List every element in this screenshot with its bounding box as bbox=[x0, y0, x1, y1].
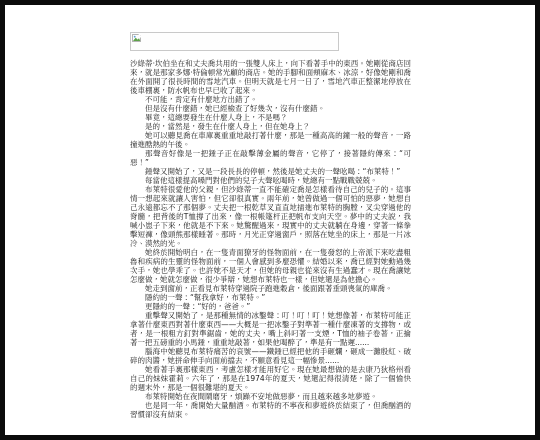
paragraph: 隱約的一聲：“幫我拿好，布萊特。” bbox=[130, 293, 411, 302]
paragraph: 每當他這樣提高嗓門對他們的兒子大聲吆喝時，她總有一點戰戰兢兢。 bbox=[130, 176, 411, 185]
paragraph: 她看著手裏那樣東西，考慮怎樣才能用好它。現在她最想做的是去康乃狄格州看自己的妹妹… bbox=[130, 365, 411, 392]
paragraph: 但是沒有什麼錯，她已經檢查了好幾次，沒有什麼錯。 bbox=[130, 104, 411, 113]
paragraph: 布萊特開始在夜間鬧磨牙，煩躁不安地做惡夢，而且越來越多地夢遊。 bbox=[130, 392, 411, 401]
page-frame: 沙綠蒂·坎伯坐在和丈夫喬共用的一張雙人床上，向下看著手中的東西。她剛從商店回來，… bbox=[0, 0, 540, 405]
story-text: 沙綠蒂·坎伯坐在和丈夫喬共用的一張雙人床上，向下看著手中的東西。她剛從商店回來，… bbox=[130, 59, 411, 405]
paragraph: 腦海中她聽見布萊特痛苦的哀號——鐵錘已經把他的手砸爛，砸成一灘殷紅、破碎的肉醬，… bbox=[130, 347, 411, 365]
paragraph: 更隱約的一聲：“好的，爸爸。” bbox=[130, 302, 411, 311]
broken-image-placeholder bbox=[130, 32, 339, 51]
paragraph: 錘聲又開始了，又是一段長長的停頓，然後是她丈夫的一聲吆喝：“布萊特！” bbox=[130, 167, 411, 176]
paragraph: 是的，當然是，發生在什麼人身上，但在她身上？ bbox=[130, 122, 411, 131]
paragraph: 也是同一年，喬開始大量酗酒。布萊特的不寧夜和夢遊終於結束了，但喬酗酒的習慣卻沒有… bbox=[130, 401, 411, 405]
paragraph: 重擊聲又開始了，是那種無情的冰鑿聲：叮！叮！叮！她想像著，布萊特可能正拿著什麼東… bbox=[130, 311, 411, 347]
paragraph: 畢竟，這總要發生在什麼人身上，不是嗎？ bbox=[130, 113, 411, 122]
broken-image-icon bbox=[132, 34, 141, 43]
paragraph: 布萊特很愛他的父親，但沙綠蒂一直不能確定喬是怎樣看待自己的兒子的。這事情一想起來… bbox=[130, 185, 411, 248]
paragraph: 那聲音好像是一把錘子正在敲擊薄金屬的聲音，它停了，接著隱約傳來：“可惡！” bbox=[130, 149, 411, 167]
paragraph: 她可以聽見喬在車庫裏重重地敲打著什麼，那是一種高高的鐘一般的聲音，一路撞進酷熱的… bbox=[130, 131, 411, 149]
paragraph: 沙綠蒂·坎伯坐在和丈夫喬共用的一張雙人床上，向下看著手中的東西。她剛從商店回來，… bbox=[130, 59, 411, 95]
paragraph: 不可能，肯定有什麼地方出錯了。 bbox=[130, 95, 411, 104]
document-content: 沙綠蒂·坎伯坐在和丈夫喬共用的一張雙人床上，向下看著手中的東西。她剛從商店回來，… bbox=[130, 32, 411, 405]
paragraph: 她終於開始明白，在一隻青面獠牙的怪物面前，在一隻發怒的上帝派下來吃盡粗魯和疾病的… bbox=[130, 248, 411, 284]
paragraph: 她走到窗前，正看見布萊特穿過院子跑進穀倉，後面跟著垂頭喪氣的庫喬。 bbox=[130, 284, 411, 293]
